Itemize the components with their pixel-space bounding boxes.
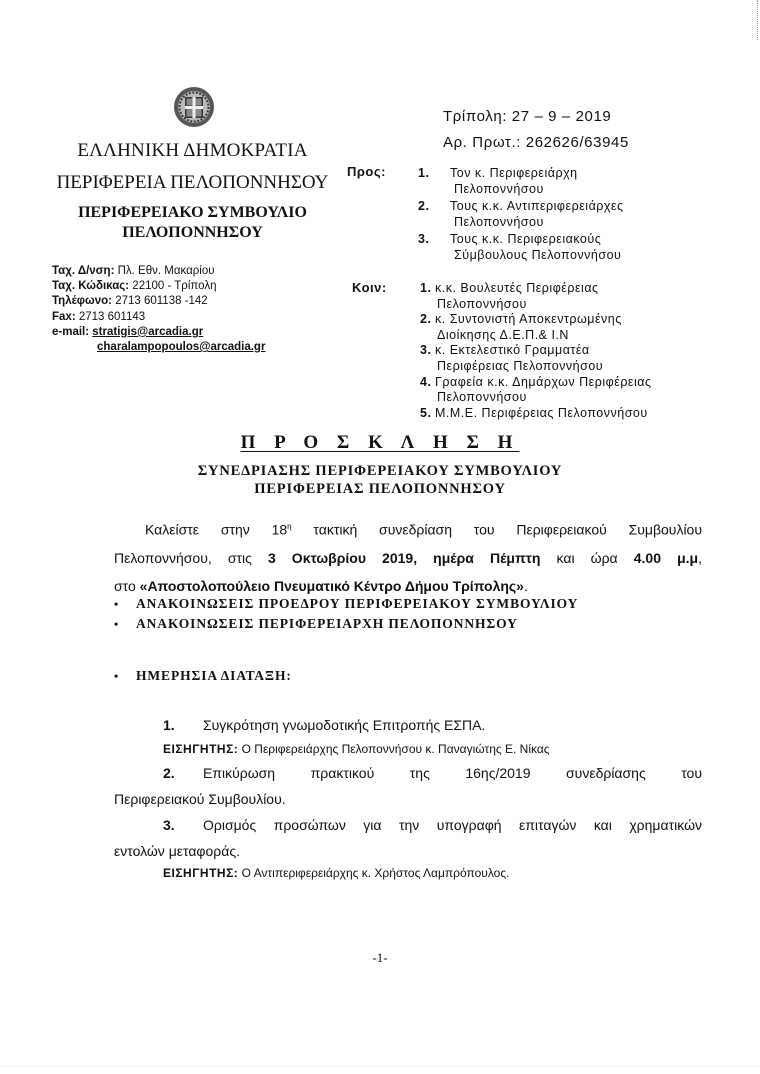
document-subtitle: ΣΥΝΕΔΡΙΑΣΗΣ ΠΕΡΙΦΕΡΕΙΑΚΟΥ ΣΥΜΒΟΥΛΙΟΥ ΠΕΡ… [0,462,760,498]
document-title: Π Ρ Ο Σ Κ Λ Η Σ Η [0,432,760,454]
cc-item: 5.Μ.Μ.Ε. Περιφέρειας Πελοποννήσου [420,406,652,422]
contact-block: Ταχ. Δ/νση: Πλ. Εθν. Μακαρίου Ταχ. Κώδικ… [52,264,265,355]
agenda-item-3-rapporteur: ΕΙΣΗΓΗΤΗΣ: Ο Αντιπεριφερειάρχης κ. Χρήστ… [163,866,509,880]
agenda-item-3: 3.Ορισμός προσώπων για την υπογραφή επιτ… [114,817,702,833]
to-list: 1.Τον κ. ΠεριφερειάρχηΠελοποννήσου 2.Του… [418,165,624,263]
scan-bottom-artifact [0,1066,760,1069]
cc-item: 1.κ.κ. Βουλευτές ΠεριφέρειαςΠελοποννήσου [420,281,652,312]
invitation-paragraph: Καλείστε στην 18η τακτική συνεδρίαση του… [114,513,702,600]
scan-edge-artifact [755,0,758,40]
invitation-line1: Καλείστε στην 18η τακτική συνεδρίαση του… [114,513,702,544]
header-council-line2: ΠΕΛΟΠΟΝΝΗΣΟΥ [50,223,335,243]
cc-item: 3.κ. Εκτελεστικό ΓραμματέαΠεριφέρειας Πε… [420,343,652,374]
contact-address: Ταχ. Δ/νση: Πλ. Εθν. Μακαρίου [52,264,265,279]
page-number: -1- [0,950,760,966]
header-council: ΠΕΡΙΦΕΡΕΙΑΚΟ ΣΥΜΒΟΥΛΙΟ ΠΕΛΟΠΟΝΝΗΣΟΥ [50,203,335,243]
header-region: ΠΕΡΙΦΕΡΕΙΑ ΠΕΛΟΠΟΝΝΗΣΟΥ [50,172,335,194]
announcement-item: •ΑΝΑΚΟΙΝΩΣΕΙΣ ΠΕΡΙΦΕΡΕΙΑΡΧΗ ΠΕΛΟΠΟΝΝΗΣΟΥ [112,614,578,634]
invitation-line2: Πελοποννήσου, στις 3 Οκτωβρίου 2019, ημέ… [114,544,702,572]
meeting-venue: «Αποστολοπούλειο Πνευματικό Κέντρο Δήμου… [140,578,524,594]
announcements-list: •ΑΝΑΚΟΙΝΩΣΕΙΣ ΠΡΟΕΔΡΟΥ ΠΕΡΙΦΕΡΕΙΑΚΟΥ ΣΥΜ… [112,594,578,634]
contact-email: e-mail: stratigis@arcadia.gr [52,325,265,340]
agenda-item-3-cont: εντολών μεταφοράς. [114,843,240,859]
contact-postcode: Ταχ. Κώδικας: 22100 - Τρίπολη [52,279,265,294]
header-country: ΕΛΛΗΝΙΚΗ ΔΗΜΟΚΡΑΤΙΑ [50,140,335,162]
contact-fax: Fax: 2713 601143 [52,310,265,325]
cc-item: 4.Γραφεία κ.κ. Δημάρχων ΠεριφέρειαςΠελοπ… [420,375,652,406]
to-item: 3.Τους κ.κ. ΠεριφερειακούςΣύμβουλους Πελ… [418,231,624,264]
document-date: Τρίπολη: 27 – 9 – 2019 [443,108,611,125]
contact-email-2: charalampopoulos@arcadia.gr [52,340,265,355]
document-page: ΕΛΛΗΝΙΚΗ ΔΗΜΟΚΡΑΤΙΑ ΠΕΡΙΦΕΡΕΙΑ ΠΕΛΟΠΟΝΝΗ… [0,0,760,1074]
bullet-icon: • [114,594,119,614]
to-item: 1.Τον κ. ΠεριφερειάρχηΠελοποννήσου [418,165,624,198]
agenda-item-2: 2.Επικύρωση πρακτικού της 16ης/2019 συνε… [114,765,702,781]
contact-phone: Τηλέφωνο: 2713 601138 -142 [52,294,265,309]
to-item: 2.Τους κ.κ. ΑντιπεριφερειάρχεςΠελοποννήσ… [418,198,624,231]
to-label: Προς: [347,164,386,179]
agenda-heading-list: •ΗΜΕΡΗΣΙΑ ΔΙΑΤΑΞΗ: [112,666,292,686]
bullet-icon: • [114,614,119,634]
protocol-number: Αρ. Πρωτ.: 262626/63945 [443,134,629,151]
cc-item: 2.κ. Συντονιστή ΑποκεντρωμένηςΔιοίκησης … [420,312,652,343]
subtitle-line1: ΣΥΝΕΔΡΙΑΣΗΣ ΠΕΡΙΦΕΡΕΙΑΚΟΥ ΣΥΜΒΟΥΛΙΟΥ [0,462,760,480]
cc-label: Κοιν: [352,280,387,295]
bullet-icon: • [114,666,119,686]
announcement-item: •ΑΝΑΚΟΙΝΩΣΕΙΣ ΠΡΟΕΔΡΟΥ ΠΕΡΙΦΕΡΕΙΑΚΟΥ ΣΥΜ… [112,594,578,614]
agenda-item-1: 1.Συγκρότηση γνωμοδοτικής Επιτροπής ΕΣΠΑ… [163,717,485,733]
greek-coat-of-arms-icon [173,86,215,128]
title-text: Π Ρ Ο Σ Κ Λ Η Σ Η [241,432,520,453]
subtitle-line2: ΠΕΡΙΦΕΡΕΙΑΣ ΠΕΛΟΠΟΝΝΗΣΟΥ [0,480,760,498]
meeting-date: 3 Οκτωβρίου 2019, ημέρα Πέμπτη [268,550,541,566]
header-council-line1: ΠΕΡΙΦΕΡΕΙΑΚΟ ΣΥΜΒΟΥΛΙΟ [50,203,335,223]
agenda-item-2-cont: Περιφερειακού Συμβουλίου. [114,791,286,807]
email-link-1[interactable]: stratigis@arcadia.gr [92,326,203,338]
agenda-heading: •ΗΜΕΡΗΣΙΑ ΔΙΑΤΑΞΗ: [112,666,292,686]
cc-list: 1.κ.κ. Βουλευτές ΠεριφέρειαςΠελοποννήσου… [420,281,652,421]
agenda-item-1-rapporteur: ΕΙΣΗΓΗΤΗΣ: Ο Περιφερειάρχης Πελοποννήσου… [163,742,550,756]
meeting-time: 4.00 μ.μ [634,550,698,566]
email-link-2[interactable]: charalampopoulos@arcadia.gr [97,341,265,353]
